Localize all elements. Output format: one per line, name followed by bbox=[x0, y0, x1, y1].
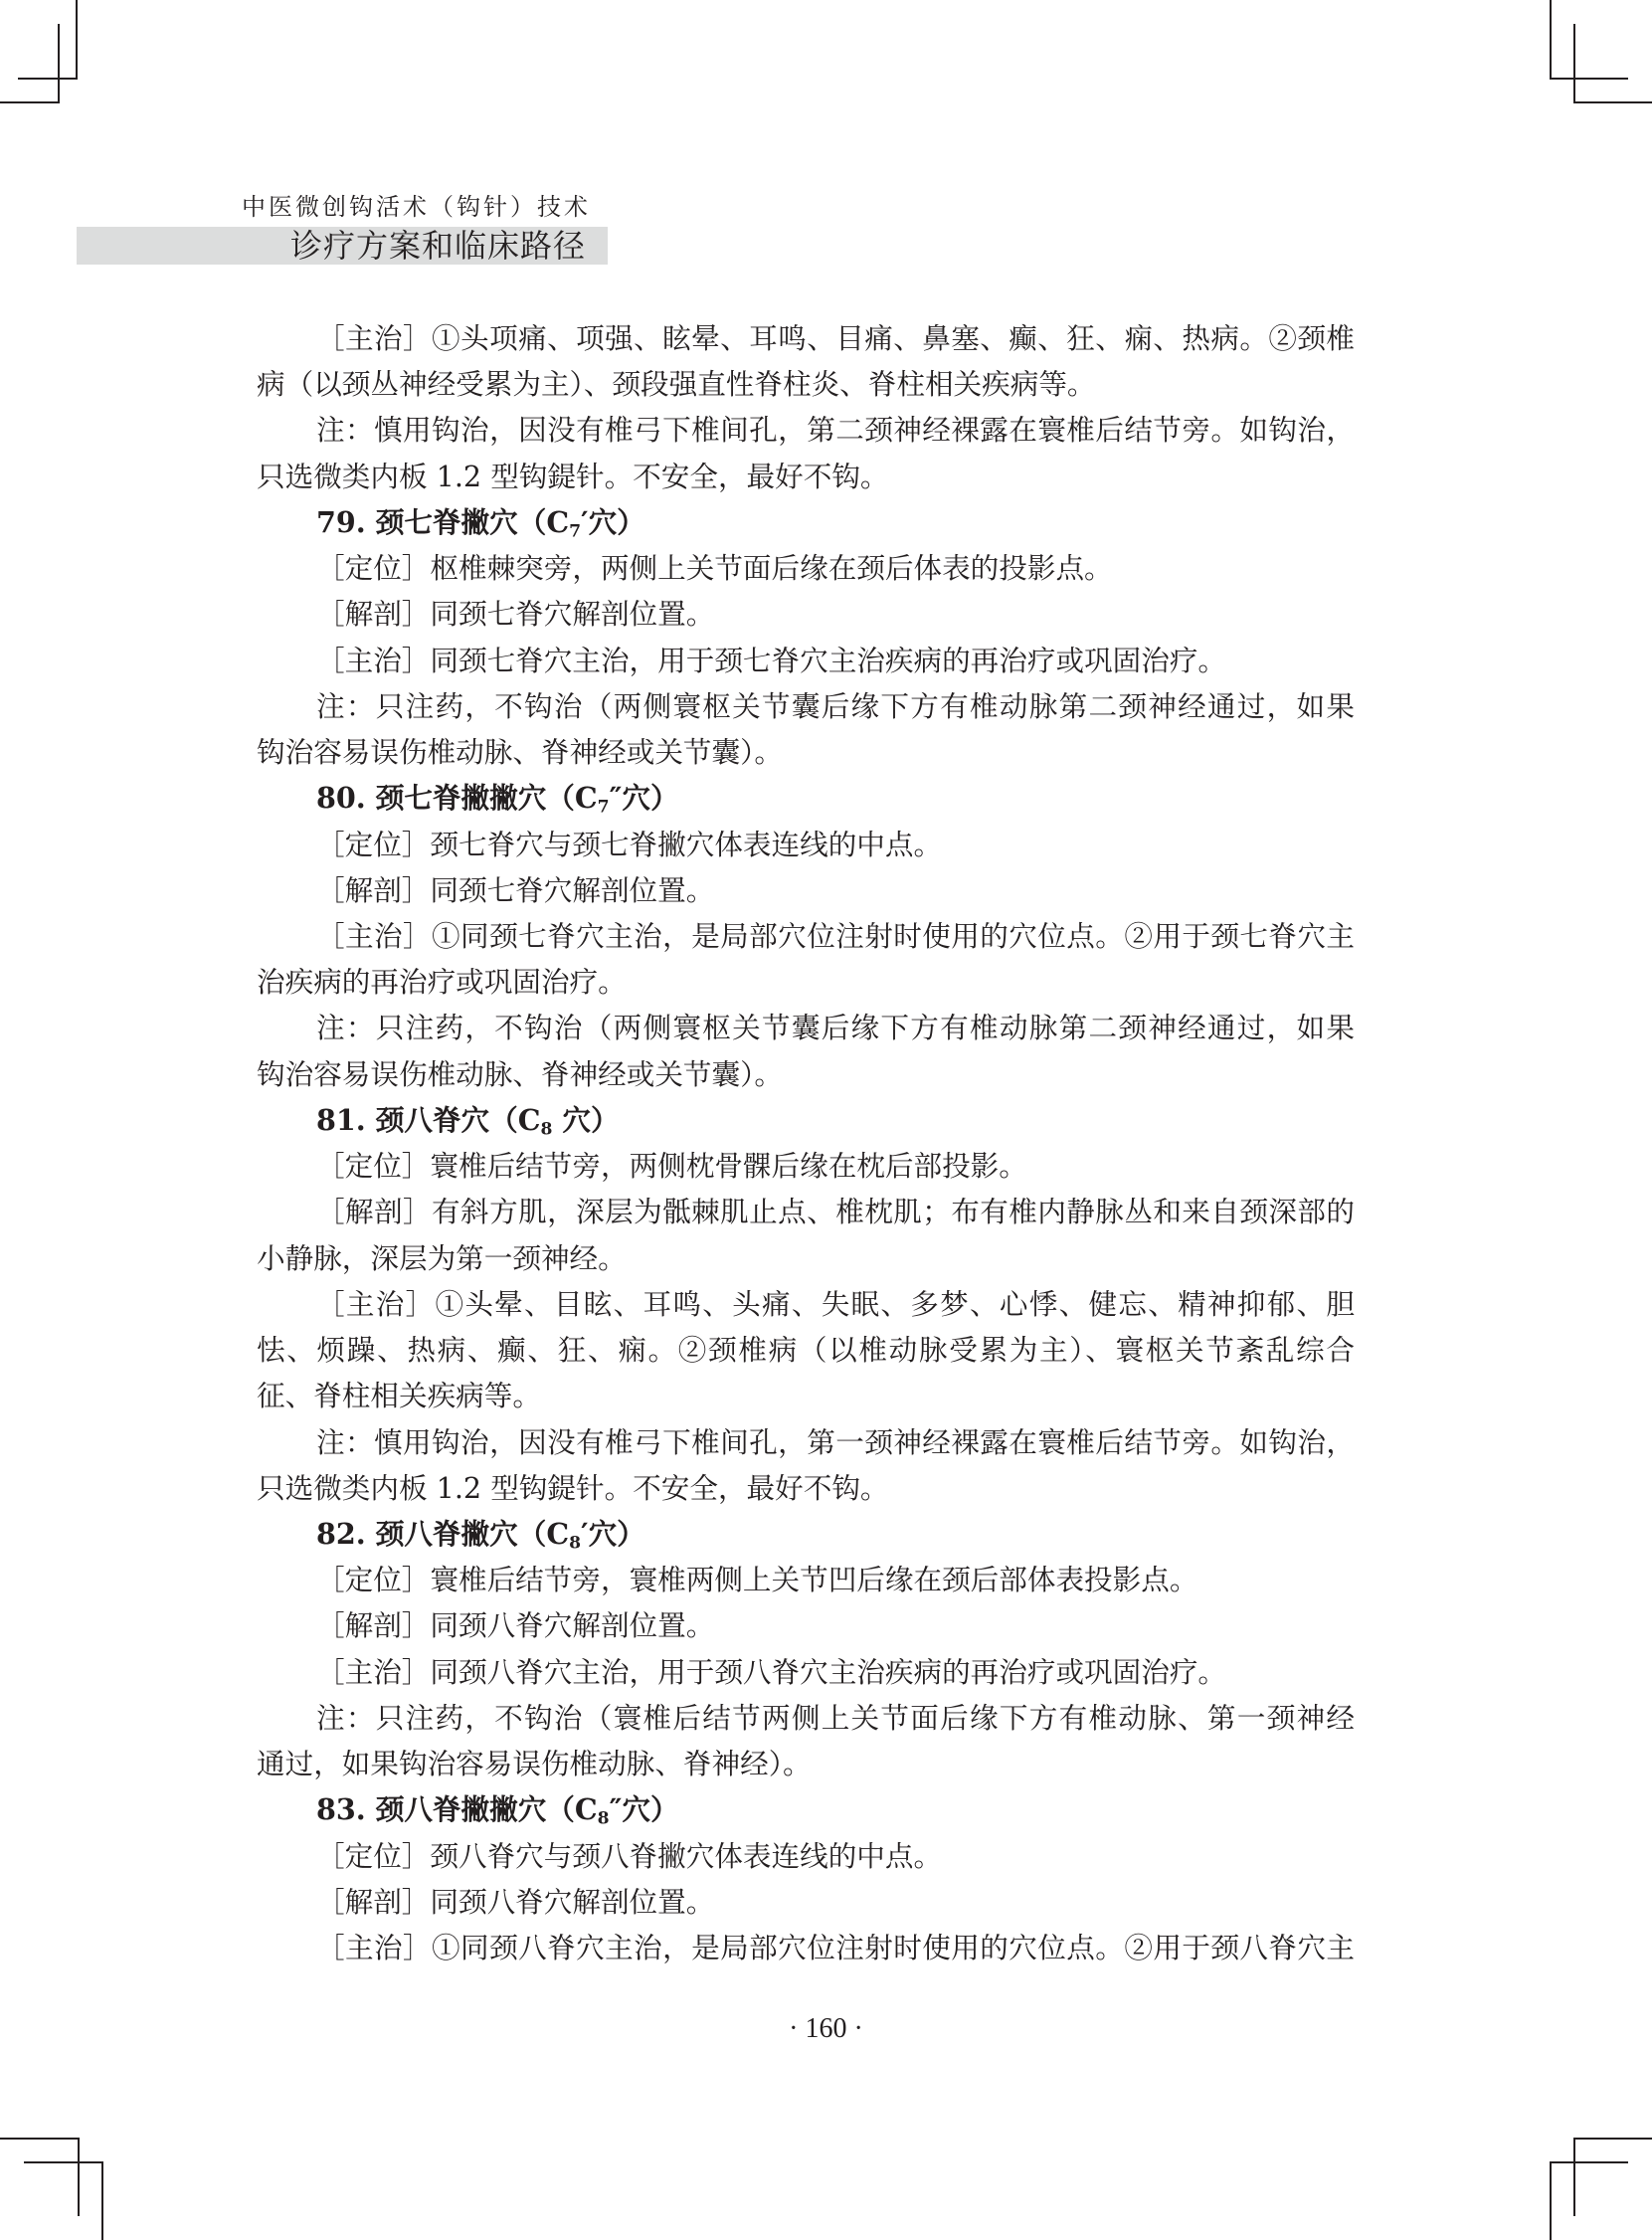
paragraph-line: 征、脊柱相关疾病等。 bbox=[257, 1373, 1355, 1418]
paragraph-line: 只选微类内板 1.2 型钩鍉针。不安全，最好不钩。 bbox=[257, 454, 1355, 499]
point-code-subscript: 7 bbox=[569, 521, 581, 541]
crop-mark-br-h1 bbox=[1573, 2138, 1652, 2140]
heading-name: 颈七脊撇撇穴 bbox=[376, 781, 547, 815]
paragraph-line: 注：慎用钩治，因没有椎弓下椎间孔，第二颈神经裸露在寰椎后结节旁。如钩治， bbox=[316, 407, 1355, 453]
crop-mark-tl-h2 bbox=[0, 101, 60, 103]
paragraph-line: 病（以颈丛神经受累为主）、颈段强直性脊柱炎、脊柱相关疾病等。 bbox=[257, 361, 1355, 407]
paragraph-line: 钩治容易误伤椎动脉、脊神经或关节囊）。 bbox=[257, 729, 1355, 775]
acupoint-heading: 80. 颈七脊撇撇穴（C7″穴） bbox=[316, 775, 1355, 821]
crop-mark-tr-h1 bbox=[1550, 78, 1628, 80]
heading-number: 81 bbox=[316, 1103, 356, 1137]
point-code: C bbox=[575, 1792, 598, 1826]
paragraph-line: ［主治］①同颈八脊穴主治，是局部穴位注射时使用的穴位点。②用于颈八脊穴主 bbox=[316, 1925, 1355, 1970]
acupoint-heading: 81. 颈八脊穴（C8 穴） bbox=[316, 1097, 1355, 1143]
heading-name: 颈八脊撇穴 bbox=[376, 1517, 518, 1551]
prime-mark: ″ bbox=[610, 781, 623, 815]
paragraph-line: ［定位］寰椎后结节旁，寰椎两侧上关节凹后缘在颈后部体表投影点。 bbox=[316, 1557, 1355, 1602]
point-code-subscript: 8 bbox=[540, 1119, 552, 1139]
page-number: · 160 · bbox=[0, 2013, 1652, 2045]
section-title-bar: 诊疗方案和临床路径 bbox=[77, 227, 608, 265]
paragraph-line: ［解剖］同颈八脊穴解剖位置。 bbox=[316, 1602, 1355, 1648]
point-code: C bbox=[575, 781, 598, 815]
paragraph-line: ［主治］同颈八脊穴主治，用于颈八脊穴主治疾病的再治疗或巩固治疗。 bbox=[316, 1649, 1355, 1695]
paragraph-line: ［定位］寰椎后结节旁，两侧枕骨髁后缘在枕后部投影。 bbox=[316, 1143, 1355, 1189]
acupoint-heading: 82. 颈八脊撇穴（C8′穴） bbox=[316, 1511, 1355, 1557]
prime-mark: ′ bbox=[581, 505, 589, 539]
point-code: C bbox=[546, 505, 569, 539]
acupoint-heading: 83. 颈八脊撇撇穴（C8″穴） bbox=[316, 1786, 1355, 1832]
crop-mark-bl-h1 bbox=[0, 2138, 79, 2140]
crop-mark-tr-v1 bbox=[1550, 0, 1552, 79]
heading-number: 82 bbox=[316, 1517, 356, 1551]
heading-number: 80 bbox=[316, 781, 356, 815]
paragraph-line: 小静脉，深层为第一颈神经。 bbox=[257, 1235, 1355, 1281]
point-code-subscript: 7 bbox=[598, 798, 610, 818]
paragraph-line: 注：只注药，不钩治（寰椎后结节两侧上关节面后缘下方有椎动脉、第一颈神经 bbox=[316, 1695, 1355, 1741]
prime-mark: ″ bbox=[610, 1792, 623, 1826]
book-title: 中医微创钩活术（钩针）技术 bbox=[231, 187, 591, 222]
prime-mark bbox=[552, 1103, 562, 1137]
heading-name: 颈八脊撇撇穴 bbox=[376, 1792, 547, 1826]
heading-number: 83 bbox=[316, 1792, 356, 1826]
crop-mark-tl-v2 bbox=[58, 24, 60, 102]
paragraph-line: 只选微类内板 1.2 型钩鍉针。不安全，最好不钩。 bbox=[257, 1465, 1355, 1511]
paragraph-line: ［解剖］同颈七脊穴解剖位置。 bbox=[316, 591, 1355, 637]
crop-mark-bl-h2 bbox=[24, 2161, 102, 2163]
paragraph-line: ［主治］同颈七脊穴主治，用于颈七脊穴主治疾病的再治疗或巩固治疗。 bbox=[316, 638, 1355, 683]
prime-mark: ′ bbox=[581, 1517, 589, 1551]
acupoint-heading: 79. 颈七脊撇穴（C7′穴） bbox=[316, 499, 1355, 545]
crop-mark-tl-v1 bbox=[76, 0, 78, 79]
paragraph-line: ［解剖］有斜方肌，深层为骶棘肌止点、椎枕肌；布有椎内静脉丛和来自颈深部的 bbox=[316, 1189, 1355, 1234]
crop-mark-bl-v1 bbox=[78, 2138, 80, 2216]
paragraph-line: ［定位］颈八脊穴与颈八脊撇穴体表连线的中点。 bbox=[316, 1833, 1355, 1879]
point-code: C bbox=[518, 1103, 541, 1137]
paragraph-line: ［解剖］同颈八脊穴解剖位置。 bbox=[316, 1879, 1355, 1925]
paragraph-line: 注：只注药，不钩治（两侧寰枢关节囊后缘下方有椎动脉第二颈神经通过，如果 bbox=[316, 1005, 1355, 1050]
paragraph-line: 通过，如果钩治容易误伤椎动脉、脊神经）。 bbox=[257, 1741, 1355, 1786]
point-code-subscript: 8 bbox=[569, 1533, 581, 1553]
point-code: C bbox=[546, 1517, 569, 1551]
section-title: 诊疗方案和临床路径 bbox=[290, 227, 586, 265]
crop-mark-tl-h1 bbox=[18, 78, 78, 80]
paragraph-line: ［定位］颈七脊穴与颈七脊撇穴体表连线的中点。 bbox=[316, 822, 1355, 867]
crop-mark-br-h2 bbox=[1550, 2161, 1628, 2163]
paragraph-line: 注：慎用钩治，因没有椎弓下椎间孔，第一颈神经裸露在寰椎后结节旁。如钩治， bbox=[316, 1419, 1355, 1465]
paragraph-line: 注：只注药，不钩治（两侧寰枢关节囊后缘下方有椎动脉第二颈神经通过，如果 bbox=[316, 683, 1355, 729]
paragraph-line: ［主治］①头项痛、项强、眩晕、耳鸣、目痛、鼻塞、癫、狂、痫、热病。②颈椎 bbox=[316, 315, 1355, 361]
heading-name: 颈七脊撇穴 bbox=[376, 505, 518, 539]
point-code-subscript: 8 bbox=[598, 1809, 610, 1829]
crop-mark-tr-h2 bbox=[1573, 101, 1652, 103]
paragraph-line: 钩治容易误伤椎动脉、脊神经或关节囊）。 bbox=[257, 1051, 1355, 1097]
paragraph-line: ［主治］①同颈七脊穴主治，是局部穴位注射时使用的穴位点。②用于颈七脊穴主 bbox=[316, 913, 1355, 959]
crop-mark-tr-v2 bbox=[1573, 24, 1575, 102]
paragraph-line: ［解剖］同颈七脊穴解剖位置。 bbox=[316, 867, 1355, 913]
crop-mark-br-v1 bbox=[1573, 2138, 1575, 2216]
paragraph-line: 治疾病的再治疗或巩固治疗。 bbox=[257, 959, 1355, 1005]
paragraph-line: ［定位］枢椎棘突旁，两侧上关节面后缘在颈后体表的投影点。 bbox=[316, 545, 1355, 591]
crop-mark-br-v2 bbox=[1550, 2161, 1552, 2240]
paragraph-line: ［主治］①头晕、目眩、耳鸣、头痛、失眠、多梦、心悸、健忘、精神抑郁、胆 bbox=[316, 1281, 1355, 1327]
heading-name: 颈八脊穴 bbox=[376, 1103, 489, 1137]
paragraph-line: 怯、烦躁、热病、癫、狂、痫。②颈椎病（以椎动脉受累为主）、寰枢关节紊乱综合 bbox=[257, 1327, 1355, 1373]
heading-number: 79 bbox=[316, 505, 356, 539]
crop-mark-bl-v2 bbox=[101, 2161, 103, 2240]
